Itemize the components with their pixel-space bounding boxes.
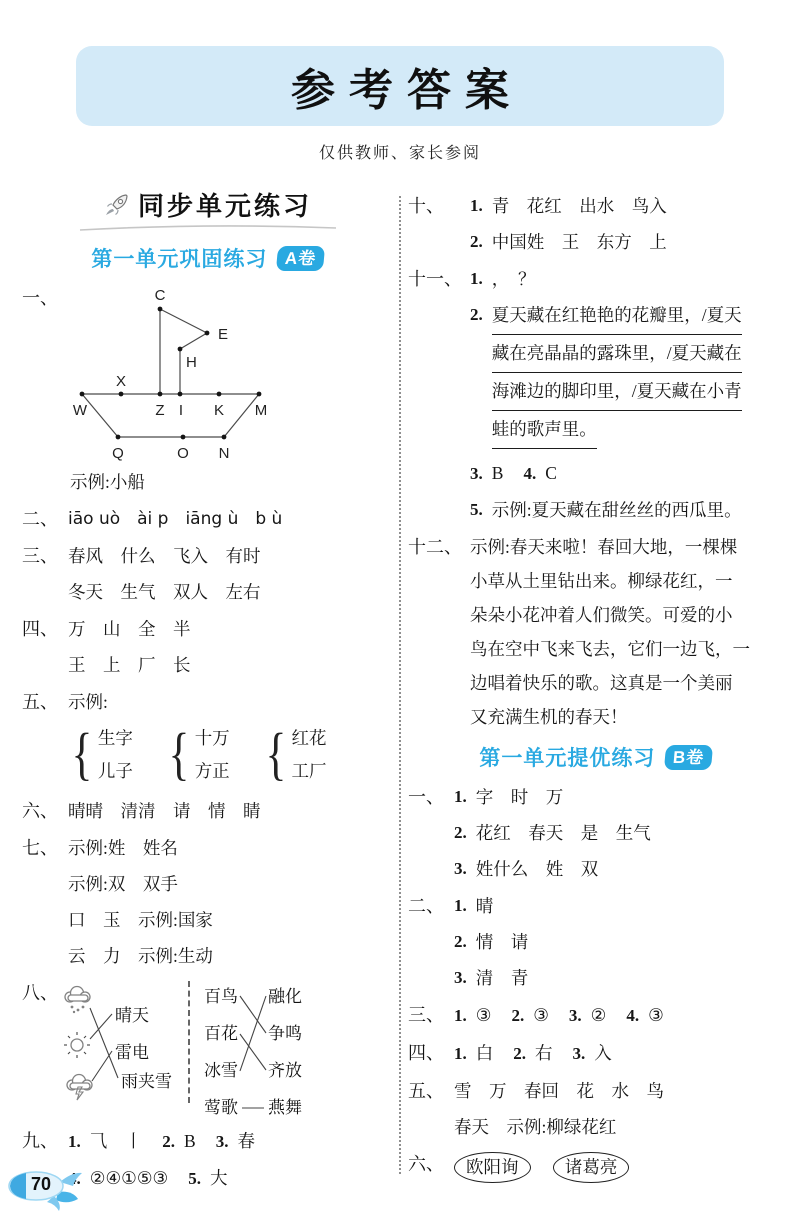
underlined-answer-line: 蛙的歌声里。 [492,417,597,449]
paragraph-line: 示例:春天来啦！春回大地，一棵棵 [470,535,750,559]
row-label: 十、 [408,194,470,218]
item-answer: ②④①⑤③ [90,1166,168,1190]
answer-line: 云 力 示例:生动 [68,944,213,968]
pair-top: 红花 [292,726,327,750]
answer-row-a7: 七、 示例:姓 姓名 示例:双 双手 口 玉 示例:国家 云 力 示例:生动 [22,836,394,968]
idiom-left: 冰雪 [204,1061,238,1080]
row-label: 四、 [22,617,68,641]
row-label: 三、 [22,544,68,568]
column-left: 第一单元巩固练习 A卷 一、 C E H X [22,243,394,1204]
answer-line: 春天 示例:柳绿花红 [454,1115,664,1139]
row-label: 六、 [22,799,68,823]
point-label: I [179,402,183,419]
item-number: 1. [68,1130,81,1154]
item-answer: 右 [535,1041,553,1065]
item-number: 3. [454,966,467,990]
weather-matching-diagram: 晴天 雷电 雨夹雪 [60,981,186,1103]
point-label: O [177,445,189,462]
row-label: 二、 [22,507,68,531]
pinyin-answer: iāo uò ài p iāng ù b ù [68,507,282,531]
answer-row-a4: 四、 万 山 全 半 王 上 厂 长 [22,617,394,677]
answer-row-b2: 二、 1.晴 2.情 请 3.清 青 [408,894,784,990]
item-answer: 入 [594,1041,612,1065]
unit-b-header: 第一单元提优练习 B卷 [408,742,784,772]
answer-row-b1: 一、 1.字 时 万 2.花红 春天 是 生气 3.姓什么 姓 双 [408,785,784,881]
item-number: 4. [523,462,536,486]
item-answer: B [492,461,504,485]
item-answer: 白 [476,1041,494,1065]
answer-row-b3: 三、 1. ③ 2. ③ 3. ② 4. ③ [408,1003,784,1028]
item-answer: 春 [237,1129,255,1153]
row-label: 二、 [408,894,454,918]
item-number: 1. [454,785,467,809]
pair-bottom: 儿子 [98,759,133,783]
section-title: 同步单元练习 [138,186,312,223]
item-number: 1. [454,1004,467,1028]
point-label: C [155,287,166,304]
item-number: 2. [513,1042,526,1066]
item-number: 5. [470,498,483,522]
point-label: Q [112,445,124,462]
circled-name: 诸葛亮 [553,1152,630,1183]
item-number: 2. [454,821,467,845]
column-divider [399,196,401,1174]
paragraph-line: 小草从土里钻出来。柳绿花红，一 [470,569,750,593]
row-label: 十二、 [408,535,470,559]
item-number: 2. [162,1130,175,1154]
answer-row-a2: 二、 iāo uò ài p iāng ù b ù [22,507,394,531]
unit-b-title: 第一单元提优练习 [479,742,655,772]
matching-divider [188,981,190,1103]
item-answer: 情 请 [476,930,529,954]
row-label: 一、 [22,286,68,310]
unit-a-title: 第一单元巩固练习 [91,243,267,273]
page-number: 70 [26,1174,56,1195]
answer-row-b4: 四、 1. 白 2. 右 3. 入 [408,1041,784,1066]
idiom-right: 燕舞 [268,1098,302,1117]
item-answer: 晴 [476,894,494,918]
item-number: 3. [216,1130,229,1154]
circled-name: 欧阳询 [454,1152,531,1183]
answer-row-b10: 十、 1. 青 花红 出水 鸟入 2. 中国姓 王 东方 上 [408,194,784,254]
paragraph-line: 鸟在空中飞来飞去，它们一边飞，一 [470,637,750,661]
storm-cloud-icon [67,1075,92,1101]
pair-bottom: 方正 [195,759,230,783]
answer-line: 口 玉 示例:国家 [68,908,213,932]
item-answer: B [184,1129,196,1153]
idiom-right: 融化 [268,987,302,1006]
item-answer: ③ [533,1003,549,1027]
banner-subtitle: 仅供教师、家长参阅 [0,140,800,163]
answer-line: 春风 什么 飞入 有时 [68,544,261,568]
paper-b-badge: B卷 [664,745,713,770]
rocket-icon [104,192,130,218]
answer-row-a3: 三、 春风 什么 飞入 有时 冬天 生气 双人 左右 [22,544,394,604]
answer-row-b12: 十二、 示例:春天来啦！春回大地，一棵棵 小草从土里钻出来。柳绿花红，一 朵朵小… [408,535,784,729]
point-label: E [218,326,228,343]
point-label: Z [155,402,164,419]
row-label: 五、 [22,690,68,714]
row-label: 四、 [408,1041,454,1065]
unit-a-header: 第一单元巩固练习 A卷 [22,243,394,273]
column-right: 十、 1. 青 花红 出水 鸟入 2. 中国姓 王 东方 上 十一、 1. ， … [408,194,784,1196]
paragraph-line: 又充满生机的春天！ [470,705,750,729]
answer-intro: 示例: [68,690,327,714]
answer-row-a5: 五、 示例: { 生字 儿子 { 十万 方正 [22,690,394,786]
answer-line: 雪 万 春回 花 水 鸟 [454,1079,664,1103]
item-answer: 中国姓 王 东方 上 [492,230,667,254]
item-number: 3. [470,462,483,486]
word-pair-group: { 生字 儿子 [68,722,133,786]
paper-a-badge: A卷 [276,246,325,271]
underline-swoosh [78,224,338,232]
item-number: 3. [454,857,467,881]
answer-line: 王 上 厂 长 [68,653,191,677]
idiom-matching-diagram: 百鸟 百花 冰雪 莺歌 融化 争鸣 齐放 燕舞 [200,981,322,1121]
match-word: 晴天 [115,1006,149,1025]
item-answer: 字 时 万 [476,785,564,809]
idiom-right: 争鸣 [268,1024,302,1043]
idiom-left: 百花 [204,1024,238,1043]
underlined-answer-line: 藏在亮晶晶的露珠里，/夏天藏在 [492,341,742,373]
idiom-left: 莺歌 [204,1098,238,1117]
item-number: 5. [188,1167,201,1191]
item-answer: 清 青 [476,966,529,990]
answer-row-a1: 一、 C E H X W Z I [22,286,394,494]
boat-dot-diagram: C E H X W Z I K M Q O N [68,286,308,466]
item-number: 1. [454,1042,467,1066]
answer-row-a6: 六、 晴晴 清清 请 情 睛 [22,799,394,823]
word-pair-group: { 红花 工厂 [262,722,327,786]
item-answer: C [545,461,557,485]
item-answer: 花红 春天 是 生气 [476,821,651,845]
point-label: H [186,354,197,371]
sun-icon [64,1032,90,1058]
match-word: 雨夹雪 [121,1072,172,1091]
brace-icon: { [168,722,189,786]
paragraph-line: 朵朵小花冲着人们微笑。可爱的小 [470,603,750,627]
section-header: 同步单元练习 [22,186,394,232]
item-answer: ⺄ 丨 [90,1129,143,1153]
point-label: M [255,402,268,419]
pair-top: 生字 [98,726,133,750]
paragraph-line: 边唱着快乐的歌。这真是一个美丽 [470,671,750,695]
match-word: 雷电 [115,1043,149,1062]
item-number: 4. [626,1004,639,1028]
item-number: 2. [470,230,483,254]
diagram-caption: 示例:小船 [70,470,308,494]
item-number: 2. [454,930,467,954]
item-answer: ， ？ [492,267,536,291]
item-answer: 青 花红 出水 鸟入 [492,194,667,218]
item-number: 1. [470,267,483,291]
row-label: 六、 [408,1152,454,1176]
item-answer: ③ [476,1003,492,1027]
snow-cloud-icon [65,987,90,1014]
page-footer: 70 [4,1162,88,1219]
word-pair-group: { 十万 方正 [165,722,230,786]
answer-row-b6: 六、 欧阳询 诸葛亮 [408,1152,784,1183]
underlined-answer-line: 夏天藏在红艳艳的花瓣里，/夏天 [492,303,742,335]
row-label: 十一、 [408,267,470,291]
item-answer: 姓什么 姓 双 [476,857,599,881]
answer-row-b11: 十一、 1. ， ？ 2. 夏天藏在红艳艳的花瓣里，/夏天 藏在亮晶晶的露珠里，… [408,267,784,522]
answer-line: 万 山 全 半 [68,617,191,641]
answer-banner: 参考答案 [76,46,724,126]
answer-line: 示例:双 双手 [68,872,213,896]
item-number: 3. [573,1042,586,1066]
item-number: 2. [470,303,483,449]
answer-line: 示例:姓 姓名 [68,836,213,860]
point-label: K [214,402,224,419]
idiom-right: 齐放 [268,1061,302,1080]
idiom-left: 百鸟 [204,987,238,1006]
row-label: 九、 [22,1129,68,1153]
row-label: 七、 [22,836,68,860]
item-answer: 大 [210,1166,228,1190]
point-label: N [219,445,230,462]
brace-icon: { [71,722,92,786]
item-answer: ② [591,1003,607,1027]
item-answer: ③ [648,1003,664,1027]
answer-row-b5: 五、 雪 万 春回 花 水 鸟 春天 示例:柳绿花红 [408,1079,784,1139]
row-label: 五、 [408,1079,454,1103]
brace-icon: { [265,722,286,786]
point-label: X [116,373,126,390]
answer-line: 冬天 生气 双人 左右 [68,580,261,604]
answer-row-a8: 八、 [22,981,394,1121]
item-number: 3. [569,1004,582,1028]
item-number: 1. [454,894,467,918]
row-label: 一、 [408,785,454,809]
item-number: 1. [470,194,483,218]
page-title: 参考答案 [277,54,523,118]
pair-bottom: 工厂 [292,759,327,783]
item-answer: 示例:夏天藏在甜丝丝的西瓜里。 [492,498,742,522]
item-number: 2. [511,1004,524,1028]
answer-line: 晴晴 清清 请 情 睛 [68,799,261,823]
point-label: W [73,402,88,419]
underlined-answer-line: 海滩边的脚印里，/夏天藏在小青 [492,379,742,411]
row-label: 三、 [408,1003,454,1027]
pair-top: 十万 [195,726,230,750]
